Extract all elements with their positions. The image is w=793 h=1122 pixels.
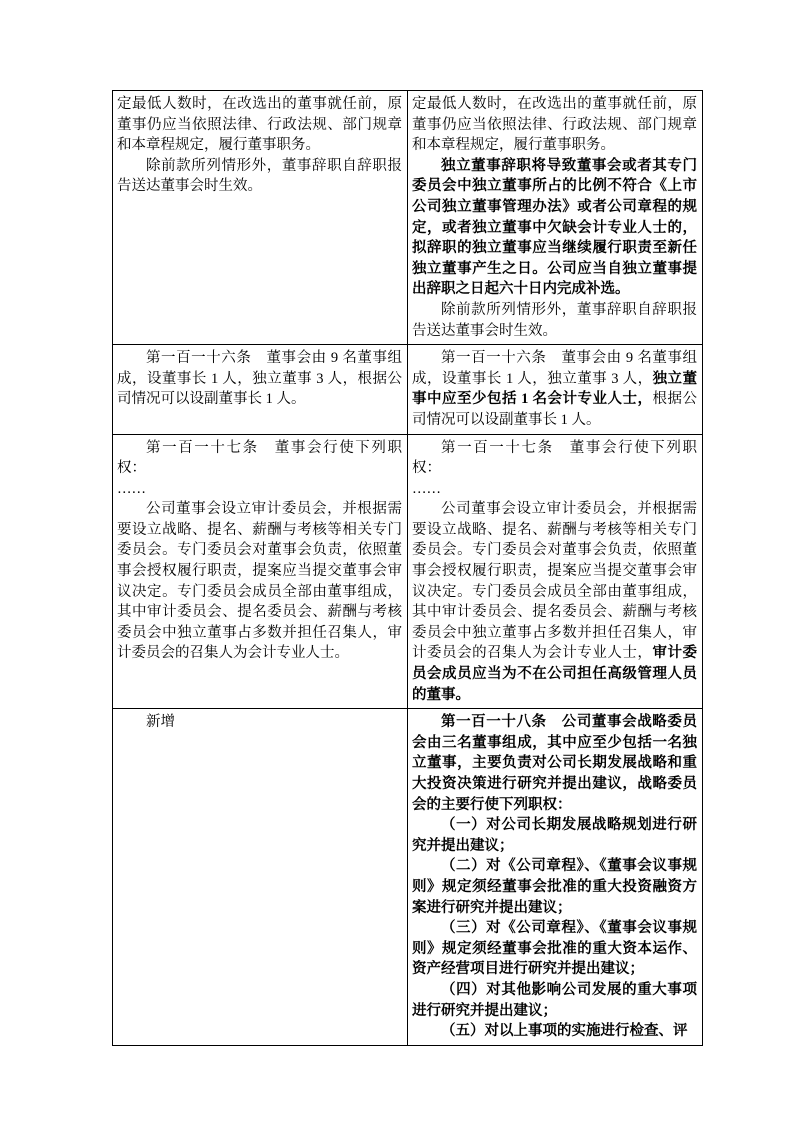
text-run: 定最低人数时，在改选出的董事就任前，原董事仍应当依照法律、行政法规、部门规章和本…	[412, 96, 697, 153]
paragraph: （三）对《公司章程》、《董事会议事规则》规定须经董事会批准的重大资本运作、资产经…	[412, 918, 697, 980]
paragraph: （五）对以上事项的实施进行检查、评	[412, 1021, 697, 1042]
amended-text-run: （四）对其他影响公司发展的重大事项进行研究并提出建议；	[412, 982, 697, 1019]
amended-clause-cell: 第一百一十六条 董事会由 9 名董事组成，设董事长 1 人，独立董事 3 人，独…	[408, 345, 703, 434]
paragraph: 公司董事会设立审计委员会，并根据需要设立战略、提名、薪酬与考核等相关专门委员会。…	[412, 499, 697, 705]
paragraph: （一）对公司长期发展战略规划进行研究并提出建议；	[412, 815, 697, 856]
amended-text-run: （一）对公司长期发展战略规划进行研究并提出建议；	[412, 817, 697, 854]
text-run: ……	[412, 481, 441, 497]
paragraph: 除前款所列情形外，董事辞职自辞职报告送达董事会时生效。	[117, 156, 402, 197]
paragraph: 定最低人数时，在改选出的董事就任前，原董事仍应当依照法律、行政法规、部门规章和本…	[412, 94, 697, 156]
paragraph: 第一百一十六条 董事会由 9 名董事组成，设董事长 1 人，独立董事 3 人，独…	[412, 348, 697, 430]
table-row: 新增 第一百一十八条 公司董事会战略委员会由三名董事组成，其中应至少包括一名独立…	[113, 709, 703, 1046]
paragraph: 定最低人数时，在改选出的董事就任前，原董事仍应当依照法律、行政法规、部门规章和本…	[117, 94, 402, 156]
paragraph: 公司董事会设立审计委员会，并根据需要设立战略、提名、薪酬与考核等相关专门委员会。…	[117, 499, 402, 664]
original-clause-cell: 新增	[113, 709, 408, 1046]
amended-clause-cell: 定最低人数时，在改选出的董事就任前，原董事仍应当依照法律、行政法规、部门规章和本…	[408, 91, 703, 345]
paragraph: 第一百一十六条 董事会由 9 名董事组成，设董事长 1 人，独立董事 3 人，根…	[117, 348, 402, 410]
table-row: 第一百一十七条 董事会行使下列职权：……公司董事会设立审计委员会，并根据需要设立…	[113, 434, 703, 709]
text-run: 第一百一十七条 董事会行使下列职权：	[117, 440, 402, 477]
paragraph: 第一百一十七条 董事会行使下列职权：	[412, 438, 697, 479]
text-run: 第一百一十七条 董事会行使下列职权：	[412, 440, 697, 477]
amended-clause-cell: 第一百一十七条 董事会行使下列职权：……公司董事会设立审计委员会，并根据需要设立…	[408, 434, 703, 709]
amendment-comparison-table: 定最低人数时，在改选出的董事就任前，原董事仍应当依照法律、行政法规、部门规章和本…	[112, 90, 703, 1046]
amended-text-run: （三）对《公司章程》、《董事会议事规则》规定须经董事会批准的重大资本运作、资产经…	[412, 920, 697, 977]
table-row: 第一百一十六条 董事会由 9 名董事组成，设董事长 1 人，独立董事 3 人，根…	[113, 345, 703, 434]
amended-clause-cell: 第一百一十八条 公司董事会战略委员会由三名董事组成，其中应至少包括一名独立董事，…	[408, 709, 703, 1046]
amended-text-run: 独立董事辞职将导致董事会或者其专门委员会中独立董事所占的比例不符合《上市公司独立…	[412, 158, 697, 298]
original-clause-cell: 第一百一十七条 董事会行使下列职权：……公司董事会设立审计委员会，并根据需要设立…	[113, 434, 408, 709]
text-run: 公司董事会设立审计委员会，并根据需要设立战略、提名、薪酬与考核等相关专门委员会。…	[412, 501, 697, 661]
table-row: 定最低人数时，在改选出的董事就任前，原董事仍应当依照法律、行政法规、部门规章和本…	[113, 91, 703, 345]
paragraph: 除前款所列情形外，董事辞职自辞职报告送达董事会时生效。	[412, 300, 697, 341]
amended-text-run: 第一百一十八条 公司董事会战略委员会由三名董事组成，其中应至少包括一名独立董事，…	[412, 714, 697, 812]
amended-text-run: （二）对《公司章程》、《董事会议事规则》规定须经董事会批准的重大投资融资方案进行…	[412, 858, 697, 915]
paragraph: 第一百一十七条 董事会行使下列职权：	[117, 438, 402, 479]
document-page: 定最低人数时，在改选出的董事就任前，原董事仍应当依照法律、行政法规、部门规章和本…	[0, 0, 793, 1122]
text-run: 第一百一十六条 董事会由 9 名董事组成，设董事长 1 人，独立董事 3 人，根…	[117, 350, 402, 407]
original-clause-cell: 第一百一十六条 董事会由 9 名董事组成，设董事长 1 人，独立董事 3 人，根…	[113, 345, 408, 434]
text-run: 公司董事会设立审计委员会，并根据需要设立战略、提名、薪酬与考核等相关专门委员会。…	[117, 501, 402, 661]
amended-text-run: （五）对以上事项的实施进行检查、评	[441, 1023, 688, 1039]
text-run: 除前款所列情形外，董事辞职自辞职报告送达董事会时生效。	[412, 302, 697, 339]
paragraph: 第一百一十八条 公司董事会战略委员会由三名董事组成，其中应至少包括一名独立董事，…	[412, 712, 697, 815]
original-clause-cell: 定最低人数时，在改选出的董事就任前，原董事仍应当依照法律、行政法规、部门规章和本…	[113, 91, 408, 345]
text-run: 除前款所列情形外，董事辞职自辞职报告送达董事会时生效。	[117, 158, 402, 195]
text-run: 定最低人数时，在改选出的董事就任前，原董事仍应当依照法律、行政法规、部门规章和本…	[117, 96, 402, 153]
paragraph: ……	[117, 479, 402, 500]
paragraph: ……	[412, 479, 697, 500]
text-run: ……	[117, 481, 146, 497]
paragraph: （二）对《公司章程》、《董事会议事规则》规定须经董事会批准的重大投资融资方案进行…	[412, 856, 697, 918]
paragraph: 独立董事辞职将导致董事会或者其专门委员会中独立董事所占的比例不符合《上市公司独立…	[412, 156, 697, 300]
paragraph: （四）对其他影响公司发展的重大事项进行研究并提出建议；	[412, 980, 697, 1021]
paragraph: 新增	[117, 712, 402, 733]
text-run: 新增	[146, 714, 175, 730]
